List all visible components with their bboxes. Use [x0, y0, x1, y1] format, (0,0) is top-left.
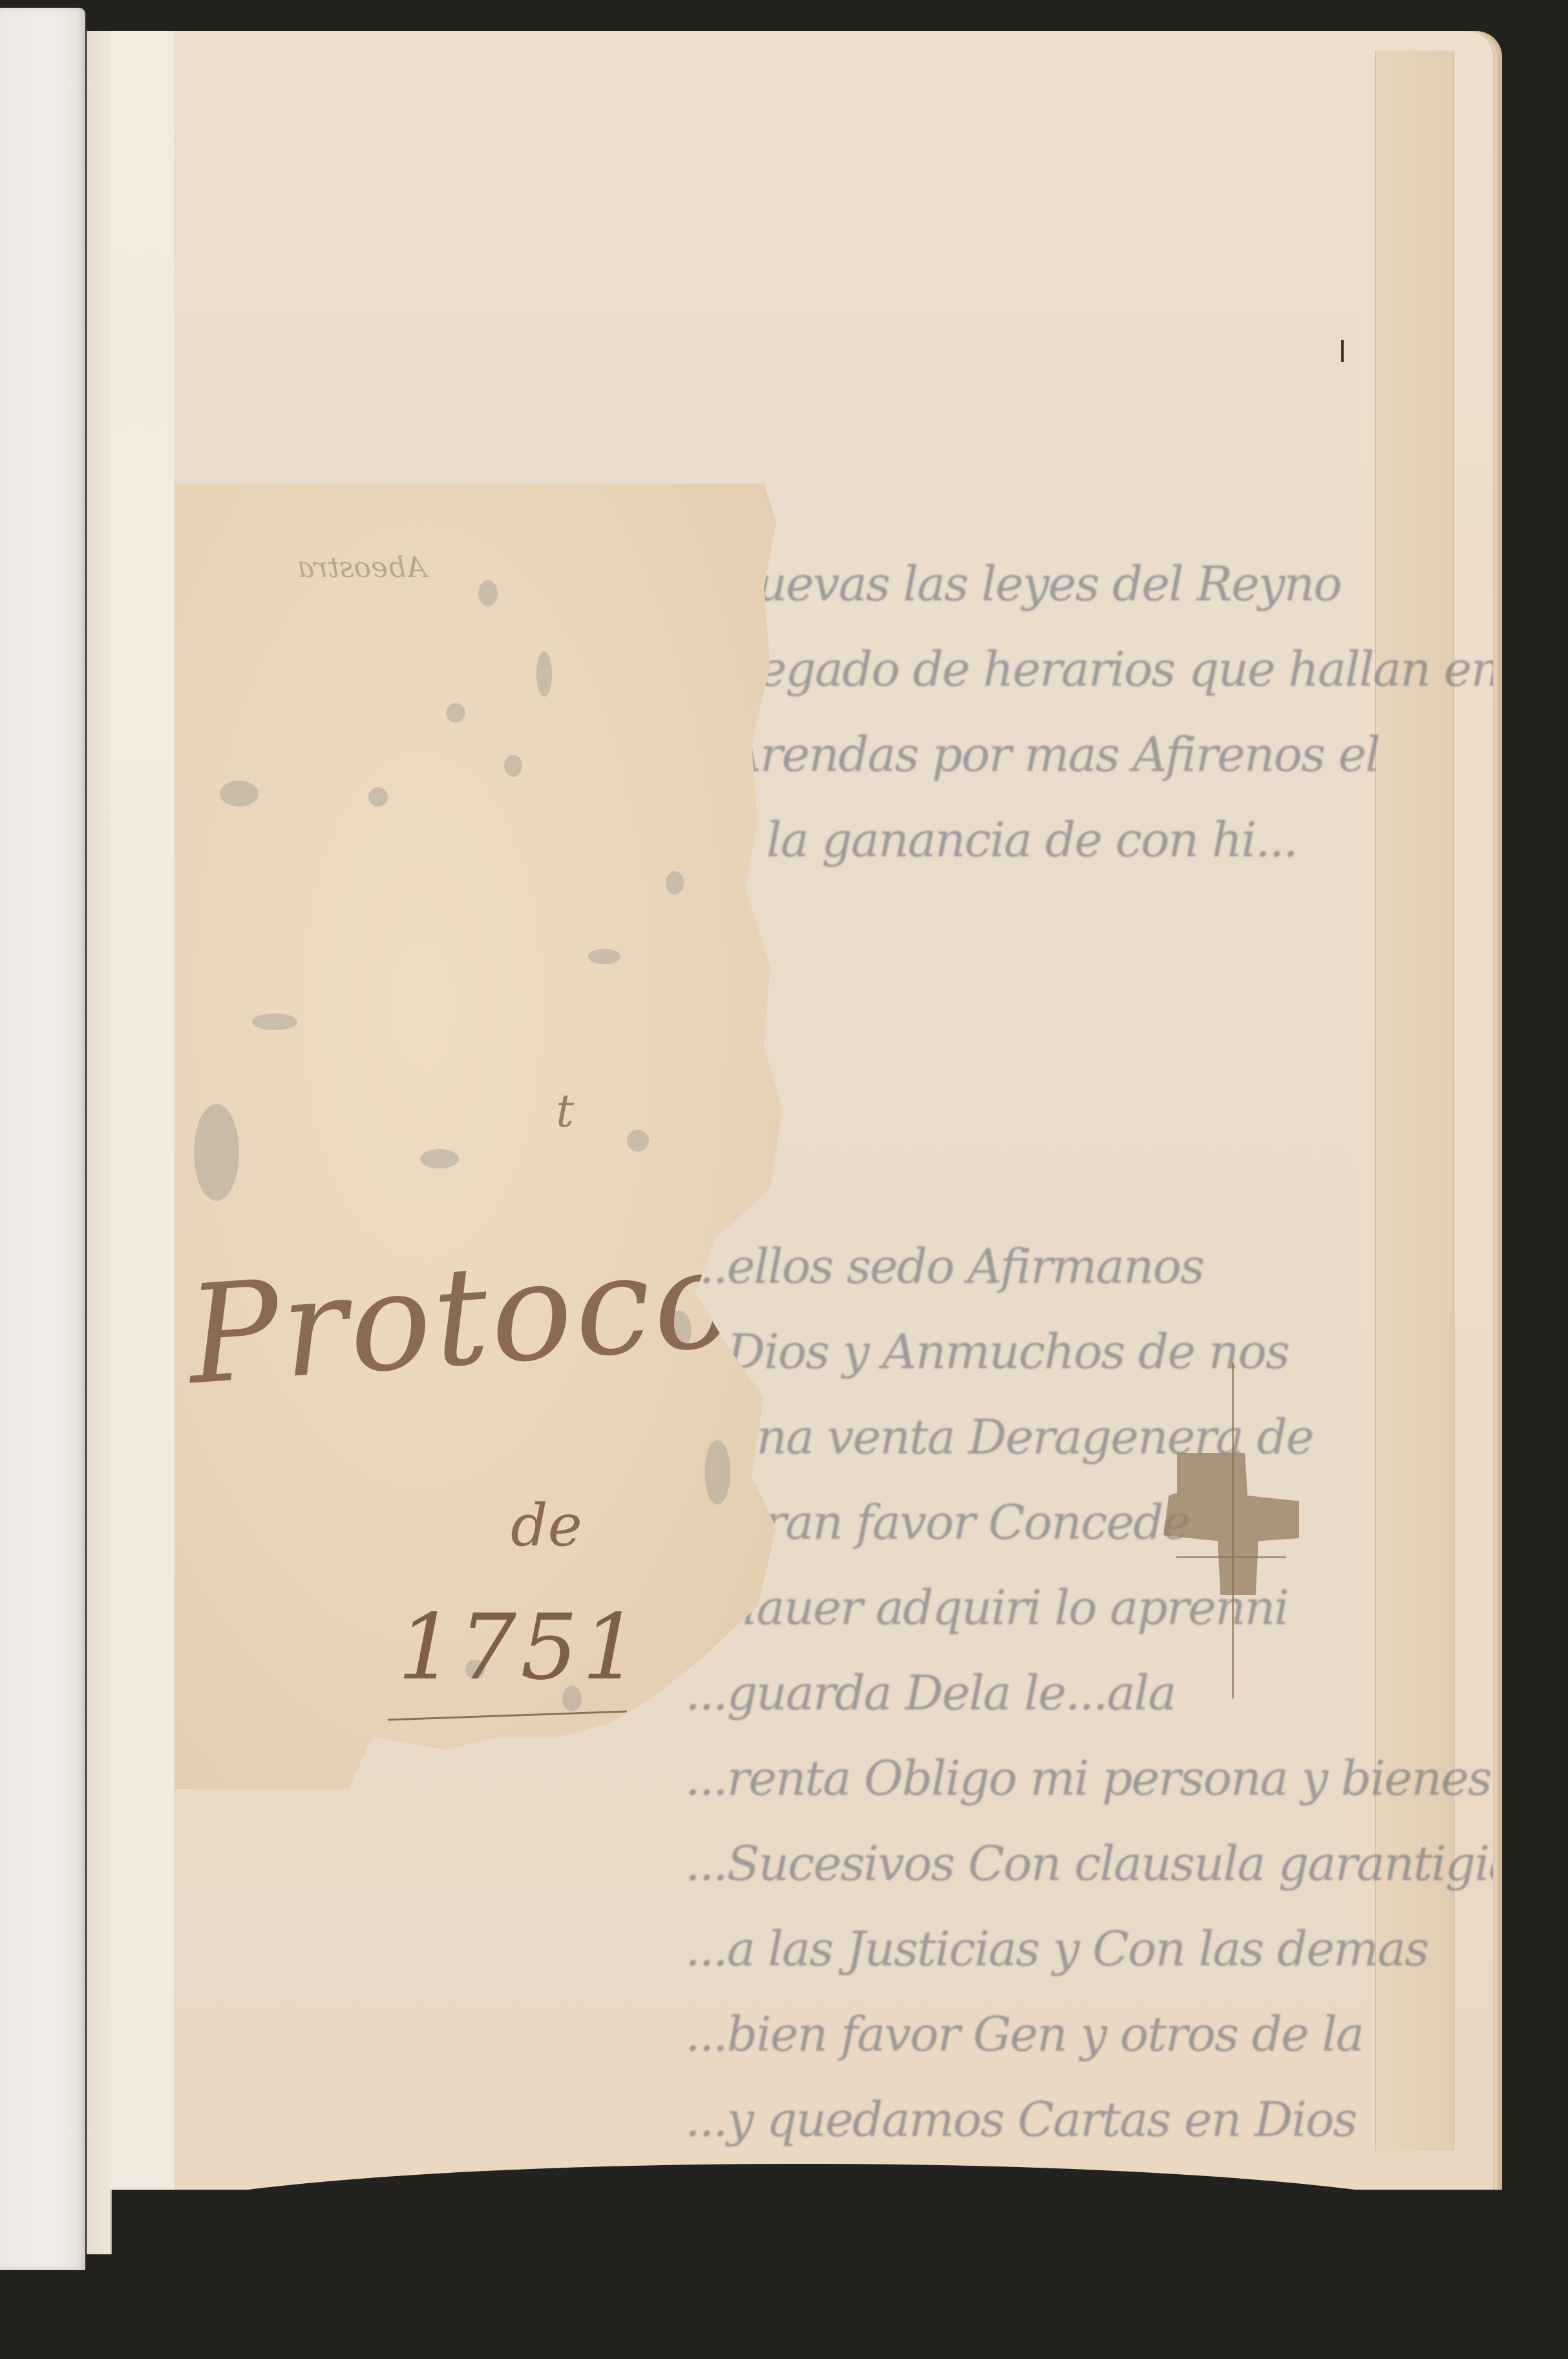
manuscript-line: ... — [685, 1053, 1493, 1139]
label-mark: t — [556, 1084, 574, 1137]
water-stain — [627, 1130, 649, 1152]
manuscript-line: ... — [685, 883, 1493, 968]
manuscript-line: ...Arendas por mas Afirenos el — [685, 712, 1493, 798]
manuscript-line: ...nuevas las leyes del Reyno — [685, 542, 1493, 627]
manuscript-line: ...a las Justicias y Con las demas — [685, 1907, 1493, 1992]
binding-gutter — [87, 31, 112, 2254]
tissue-hinge-strip — [110, 31, 175, 2190]
water-stain — [420, 1149, 459, 1169]
manuscript-line: ...bien favor Gen y otros de la — [685, 1992, 1493, 2077]
water-stain — [194, 1104, 239, 1201]
facing-blank-page — [0, 8, 85, 2270]
archival-label: Abeostra t Protocolo de 1751 — [175, 483, 795, 1789]
manuscript-line: ...y quedamos Cartas en Dios — [685, 2077, 1493, 2163]
water-stain — [666, 871, 684, 894]
water-stain — [478, 580, 498, 606]
water-stain — [220, 781, 259, 807]
manuscript-line: ...Dios y Anmuchos de nos — [685, 1309, 1493, 1395]
label-bleedthrough-text: Abeostra — [297, 551, 427, 584]
manuscript-line: ...Ilegado de herarios que hallan en — [685, 627, 1493, 712]
water-stain — [446, 703, 465, 723]
label-underline — [388, 1711, 627, 1721]
water-stain — [368, 787, 388, 807]
manuscript-line: ... — [685, 1139, 1493, 1224]
repair-seam-horizontal — [1176, 1556, 1286, 1558]
manuscript-line: ...ellos sedo Afirmanos — [685, 1224, 1493, 1309]
label-year: 1751 — [397, 1595, 643, 1700]
pencil-tick-mark — [1341, 340, 1344, 362]
manuscript-line: ...guarda Dela le...ala — [685, 1651, 1493, 1736]
manuscript-line: ...y la ganancia de con hi... — [685, 798, 1493, 883]
manuscript-text: ...nuevas las leyes del Reyno ...Ilegado… — [685, 542, 1493, 2190]
repair-seam-vertical — [1232, 1362, 1234, 1698]
manuscript-line: ...Sucesivos Con clausula garantigia — [685, 1821, 1493, 1907]
water-stain — [588, 949, 620, 964]
manuscript-line: ...Gran favor Concede — [685, 1480, 1493, 1565]
water-stain — [705, 1440, 730, 1505]
manuscript-line: ...hauer adquiri lo aprenni — [685, 1565, 1493, 1651]
manuscript-page: ...nuevas las leyes del Reyno ...Ilegado… — [110, 31, 1493, 2190]
water-stain — [536, 651, 552, 697]
water-stain — [252, 1013, 297, 1030]
manuscript-line: ...una venta Deragenera de — [685, 1395, 1493, 1480]
manuscript-line: ... — [685, 968, 1493, 1053]
water-stain — [504, 755, 522, 777]
photo-background: ...nuevas las leyes del Reyno ...Ilegado… — [0, 0, 1568, 2359]
manuscript-line: ...renta Obligo mi persona y bienes — [685, 1736, 1493, 1821]
label-connector: de — [511, 1492, 582, 1560]
